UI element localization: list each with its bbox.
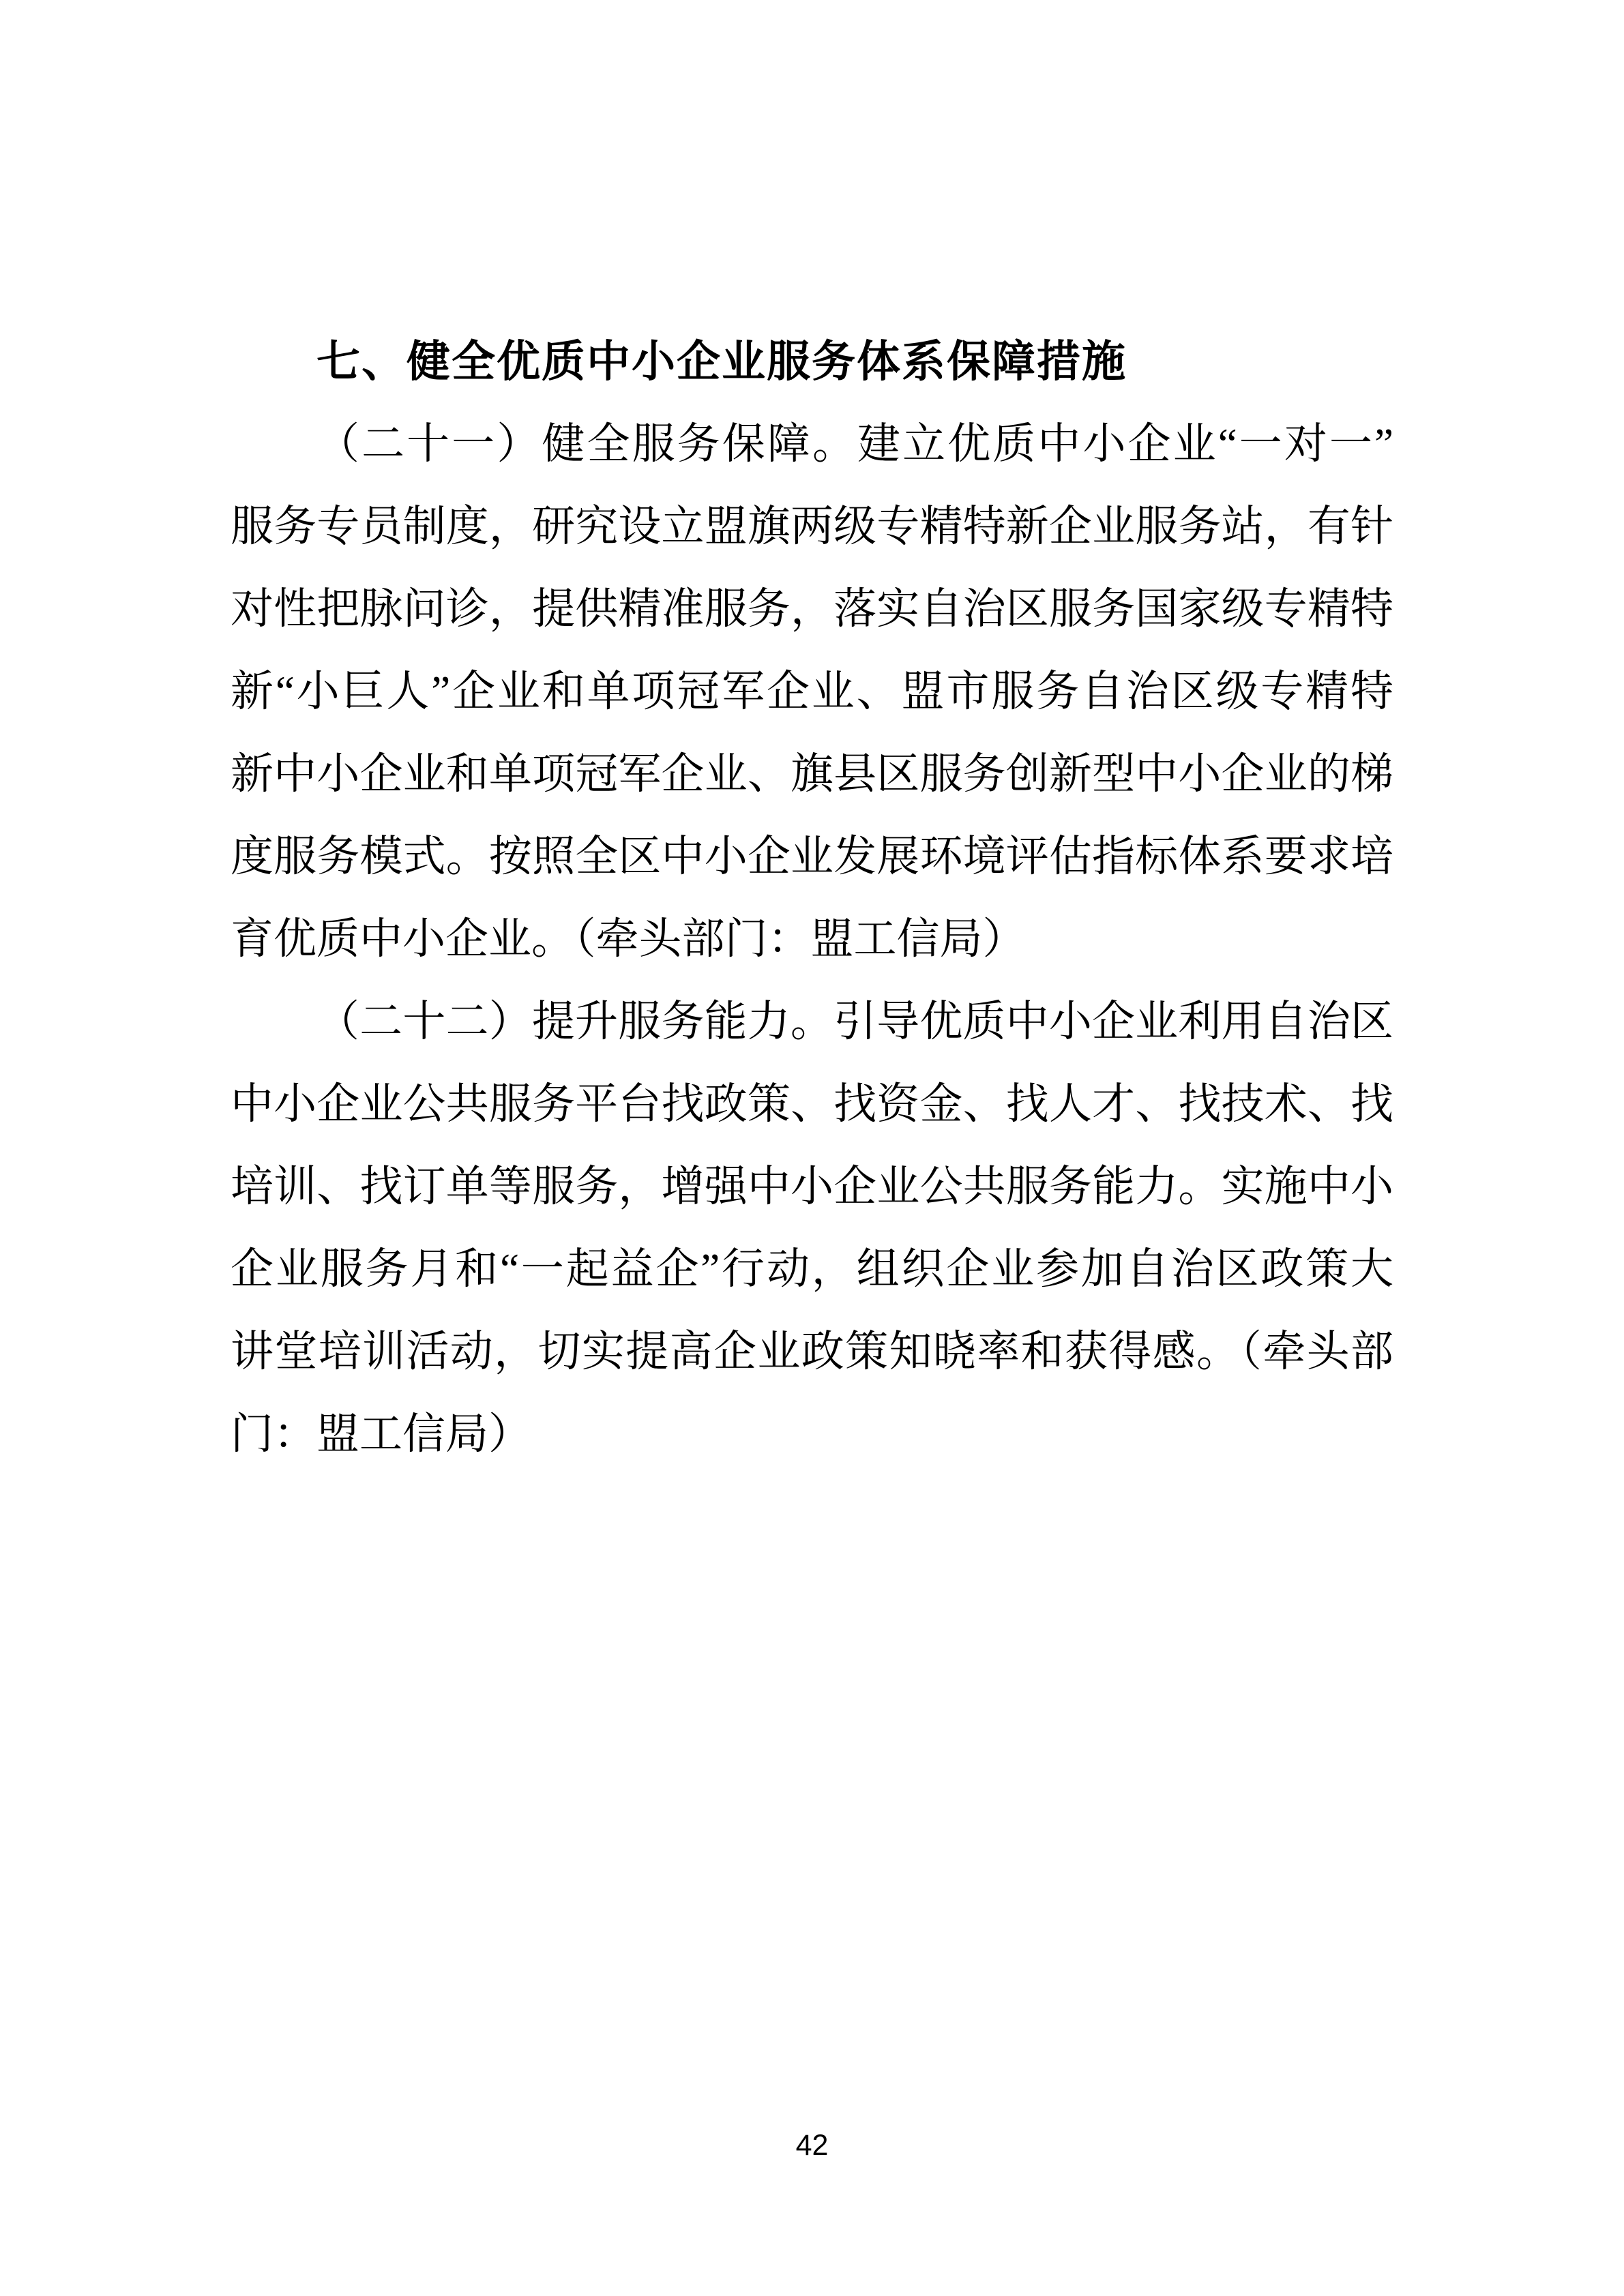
page-number: 42 (0, 2125, 1624, 2166)
paragraph-line: 企业服务月和“一起益企”行动，组织企业参加自治区政策大 (231, 1228, 1393, 1311)
paragraph-line: 新“小巨人”企业和单项冠军企业、盟市服务自治区级专精特 (231, 651, 1393, 733)
paragraph-line: 新中小企业和单项冠军企业、旗县区服务创新型中小企业的梯 (231, 733, 1393, 816)
paragraph-line: 门：盟工信局） (231, 1393, 1393, 1476)
paragraph-line: 度服务模式。按照全区中小企业发展环境评估指标体系要求培 (231, 816, 1393, 898)
paragraph-line: （二十二）提升服务能力。引导优质中小企业利用自治区 (231, 981, 1393, 1063)
document-page: 七、健全优质中小企业服务体系保障措施 （二十一）健全服务保障。建立优质中小企业“… (0, 0, 1624, 2296)
paragraph-line: 培训、找订单等服务，增强中小企业公共服务能力。实施中小 (231, 1146, 1393, 1228)
paragraph-line: 讲堂培训活动，切实提高企业政策知晓率和获得感。（牵头部 (231, 1311, 1393, 1393)
paragraph-line: （二十一）健全服务保障。建立优质中小企业“一对一” (231, 403, 1393, 486)
paragraph-line: 对性把脉问诊，提供精准服务，落实自治区服务国家级专精特 (231, 568, 1393, 651)
document-body: 七、健全优质中小企业服务体系保障措施 （二十一）健全服务保障。建立优质中小企业“… (231, 320, 1393, 1476)
section-heading: 七、健全优质中小企业服务体系保障措施 (231, 320, 1393, 403)
paragraph-line: 育优质中小企业。（牵头部门：盟工信局） (231, 898, 1393, 981)
paragraph-line: 服务专员制度，研究设立盟旗两级专精特新企业服务站，有针 (231, 486, 1393, 568)
paragraph-line: 中小企业公共服务平台找政策、找资金、找人才、找技术、找 (231, 1063, 1393, 1146)
